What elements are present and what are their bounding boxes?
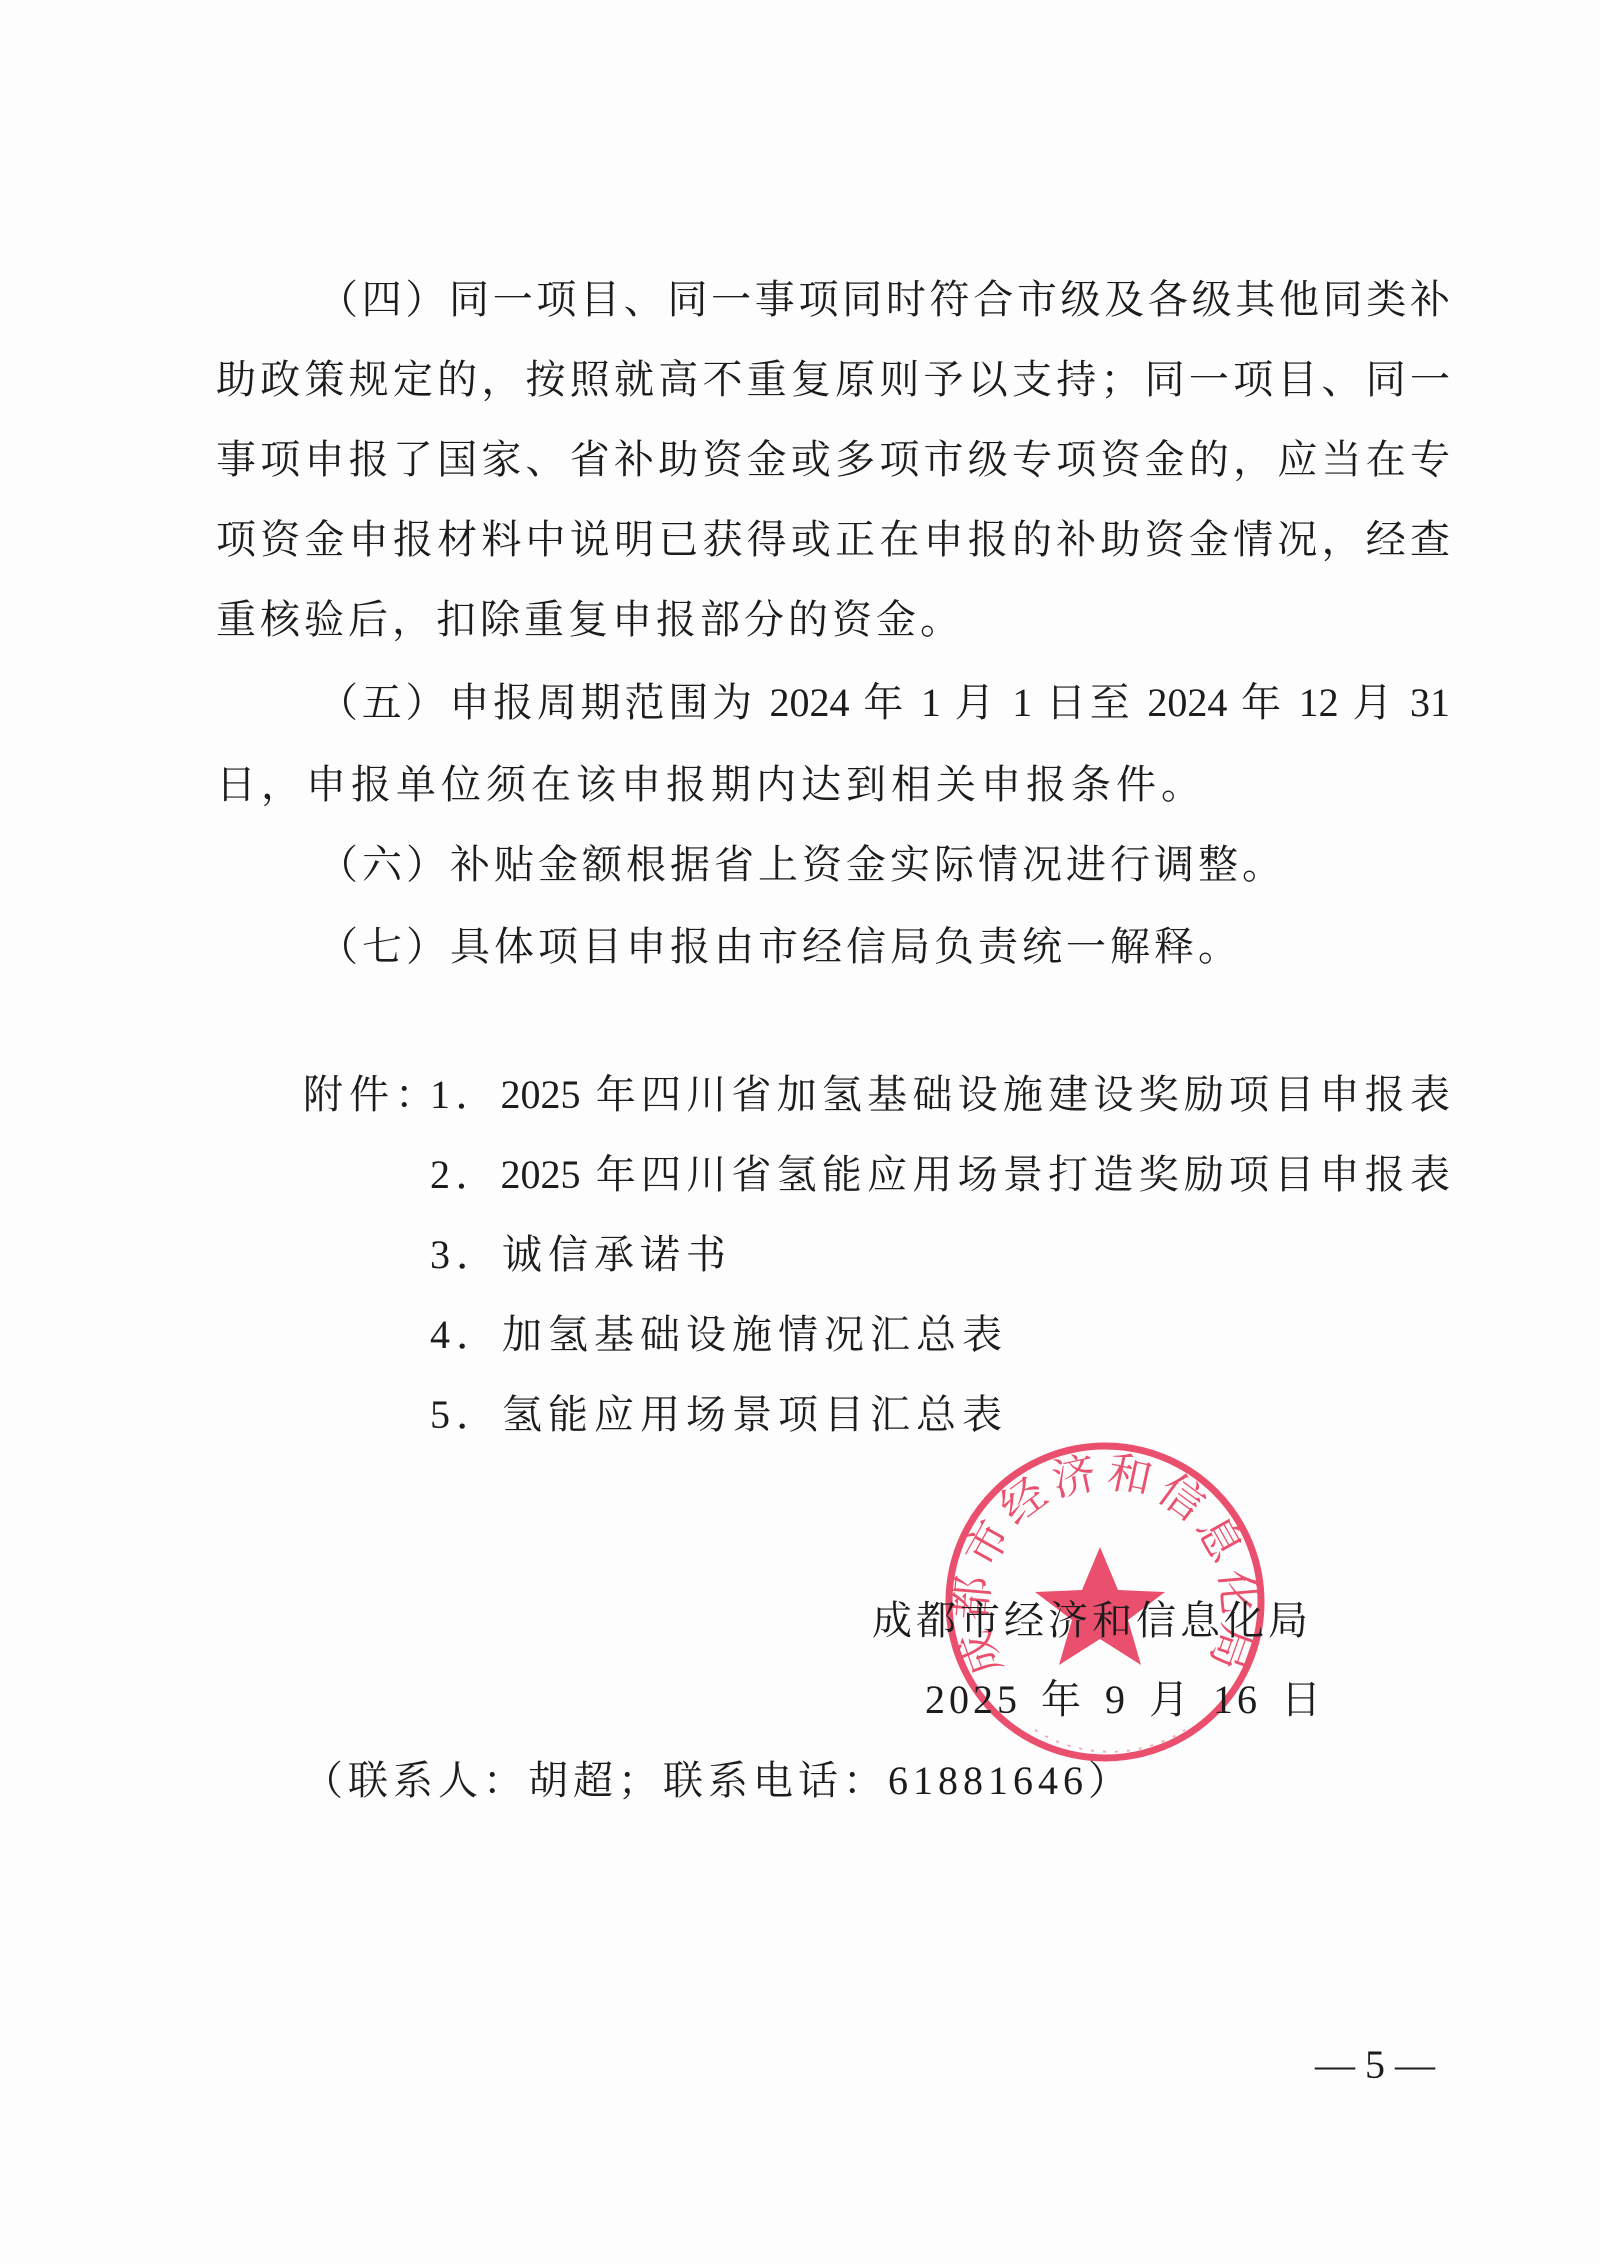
paragraph-item-4-line-4: 项资金申报材料中说明已获得或正在申报的补助资金情况，经查 [216, 515, 1450, 565]
signature-date: 2025 年 9 月 16 日 [925, 1675, 1325, 1725]
paragraph-item-6: （六）补贴金额根据省上资金实际情况进行调整。 [318, 840, 1286, 890]
attachment-item-2: 2．2025 年四川省氢能应用场景打造奖励项目申报表 [430, 1150, 1450, 1200]
seal-text: 成都市经济和信息化局 [945, 1446, 1264, 1682]
paragraph-item-4-line-1: （四）同一项目、同一事项同时符合市级及各级其他同类补 [318, 275, 1450, 325]
contact-info: （联系人：胡超；联系电话：61881646） [303, 1756, 1133, 1806]
svg-text:成都市经济和信息化局: 成都市经济和信息化局 [945, 1446, 1264, 1682]
paragraph-item-5-line-1: （五）申报周期范围为 2024 年 1 月 1 日至 2024 年 12 月 3… [318, 678, 1450, 728]
paragraph-item-4-line-2: 助政策规定的，按照就高不重复原则予以支持；同一项目、同一 [216, 355, 1450, 405]
attachment-item-5: 5．氢能应用场景项目汇总表 [430, 1390, 1008, 1440]
paragraph-item-5-line-2: 日，申报单位须在该申报期内达到相关申报条件。 [216, 760, 1206, 810]
document-page: （四）同一项目、同一事项同时符合市级及各级其他同类补 助政策规定的，按照就高不重… [0, 0, 1600, 2264]
attachments-label: 附件： [303, 1070, 441, 1120]
paragraph-item-7: （七）具体项目申报由市经信局负责统一解释。 [318, 922, 1242, 972]
attachment-item-4: 4．加氢基础设施情况汇总表 [430, 1310, 1008, 1360]
signature-organization: 成都市经济和信息化局 [872, 1596, 1312, 1646]
paragraph-item-4-line-3: 事项申报了国家、省补助资金或多项市级专项资金的，应当在专 [216, 435, 1450, 485]
attachment-item-1: 1．2025 年四川省加氢基础设施建设奖励项目申报表 [430, 1070, 1450, 1120]
paragraph-item-4-line-5: 重核验后，扣除重复申报部分的资金。 [216, 595, 964, 645]
page-number: — 5 — [1300, 2040, 1450, 2090]
attachment-item-3: 3．诚信承诺书 [430, 1230, 732, 1280]
